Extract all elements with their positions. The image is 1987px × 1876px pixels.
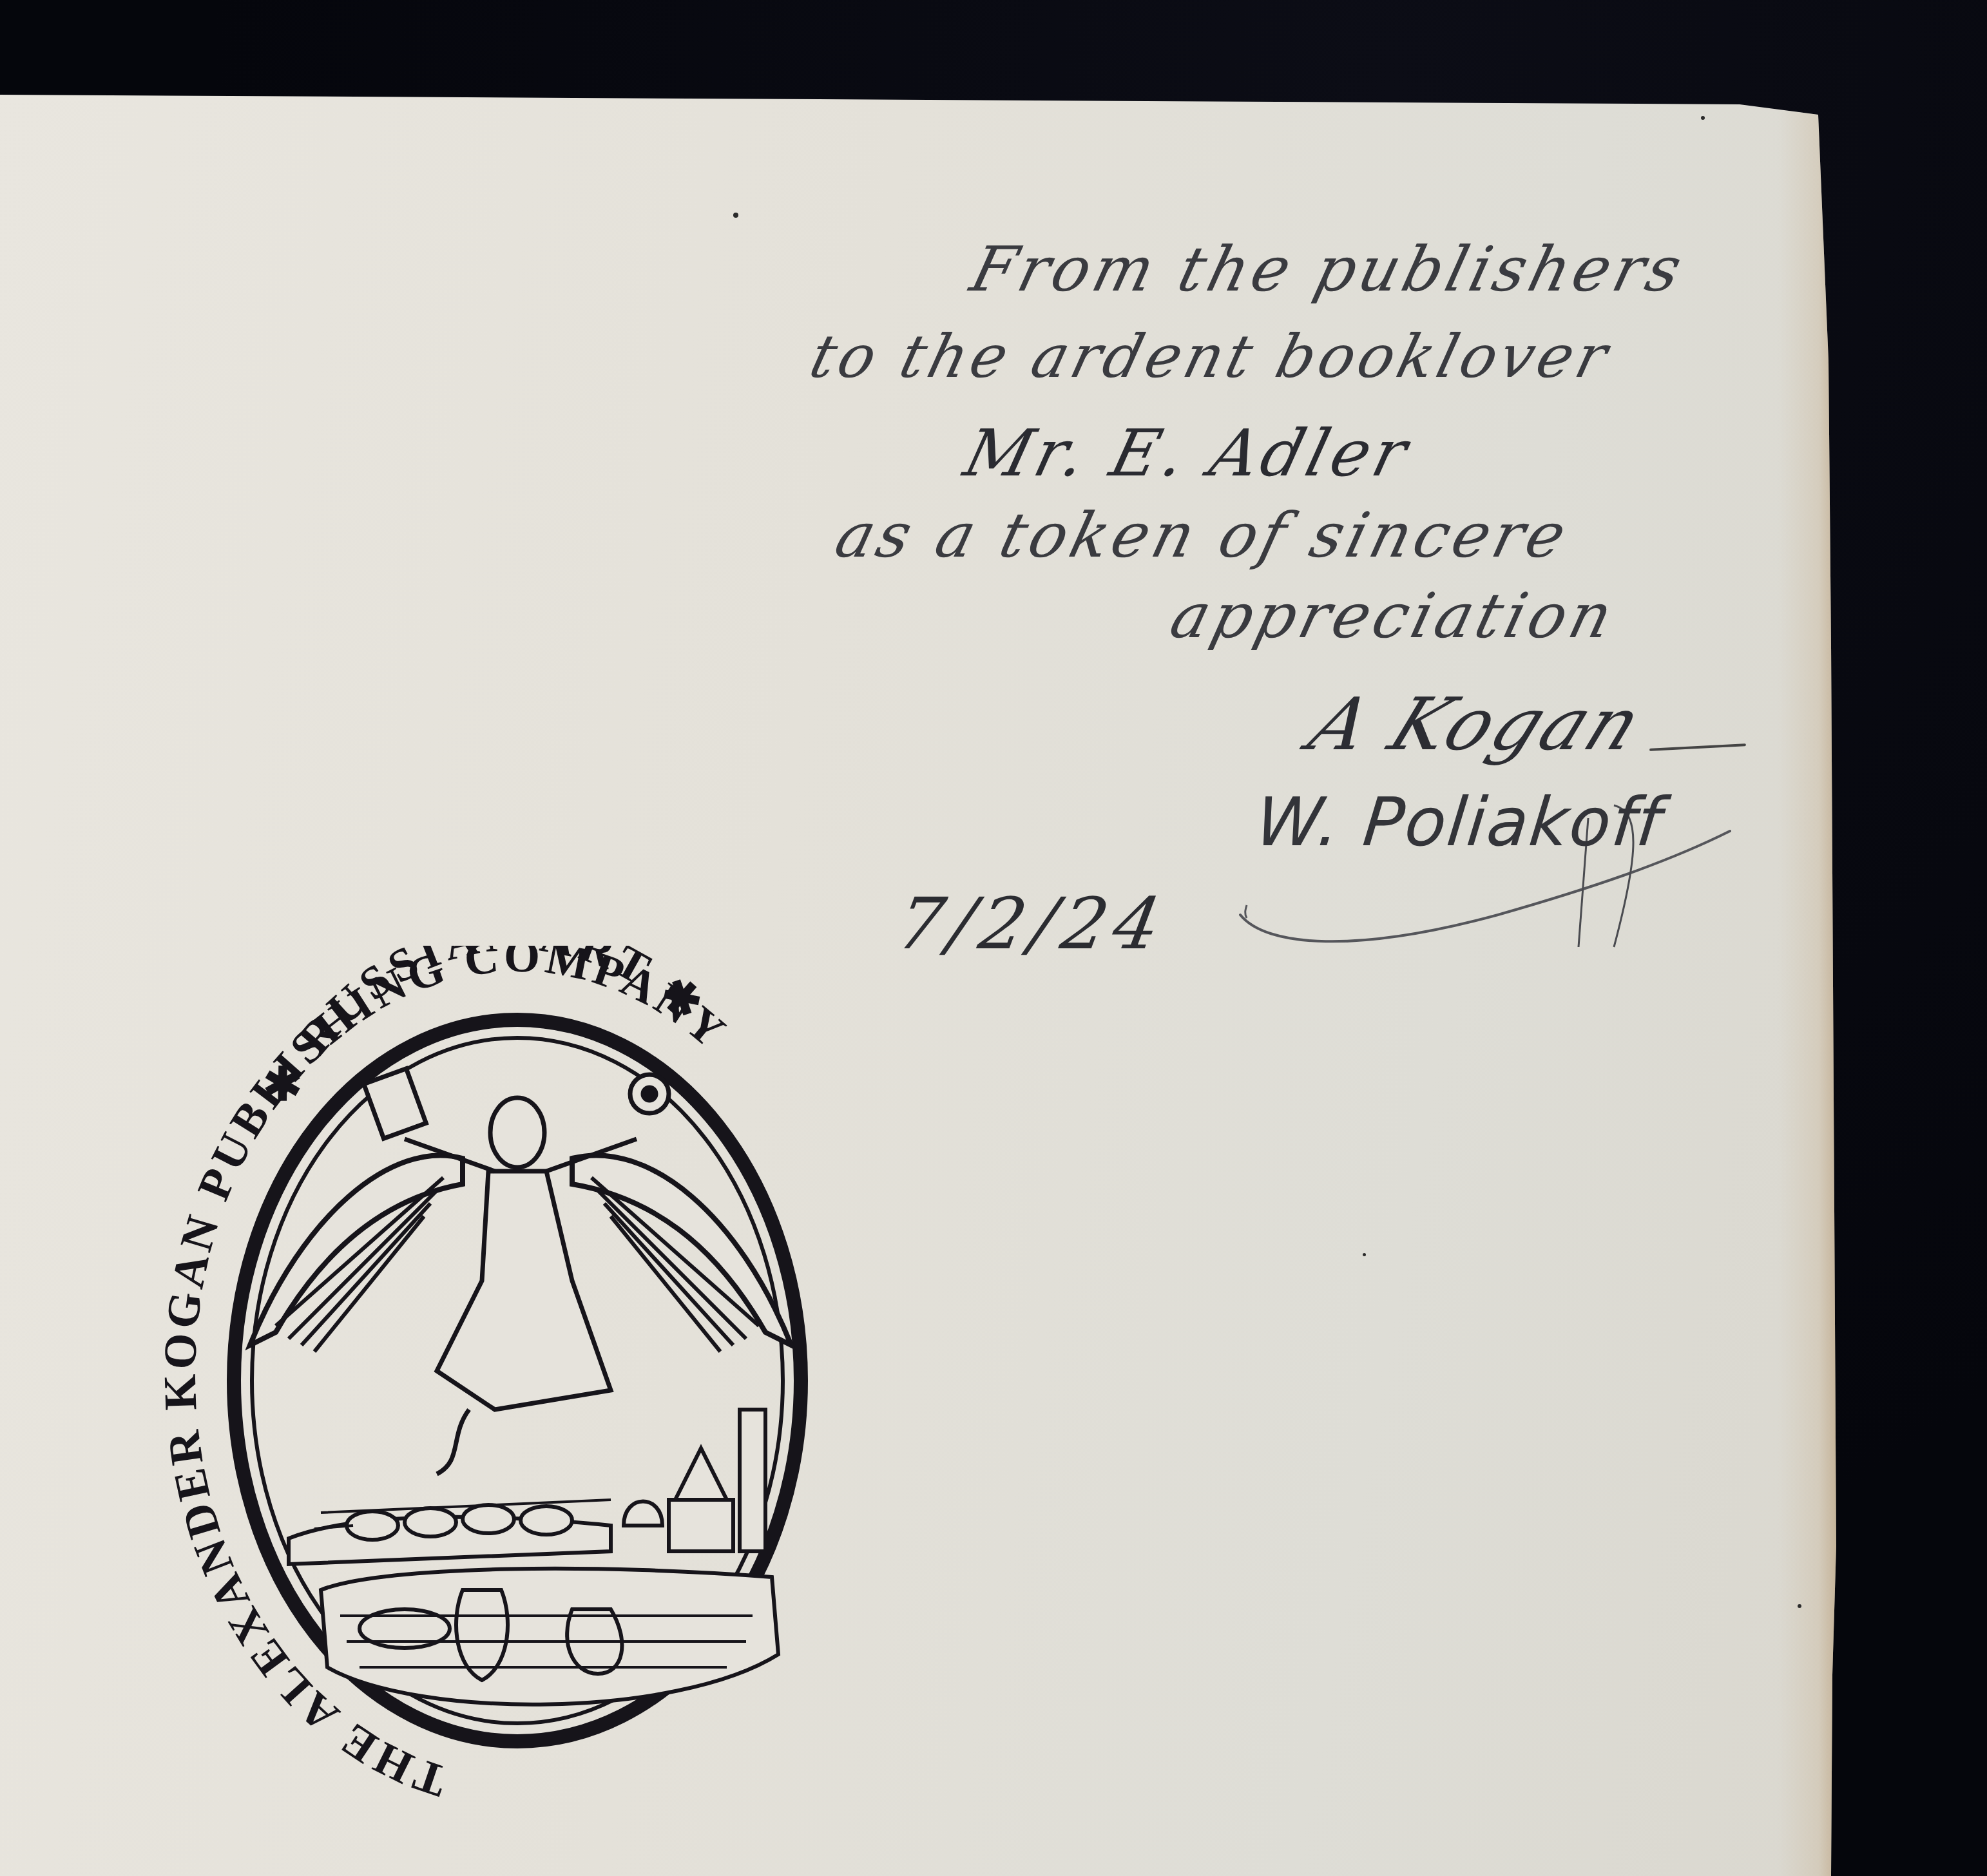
paper-speck	[1363, 1253, 1366, 1256]
inscription-line-appreciation: appreciation	[1164, 580, 1623, 652]
paper-speck	[1701, 116, 1705, 120]
publisher-emblem: THE ALEXANDER KOGAN PUBLISHING COMPANY ✱…	[160, 946, 875, 1815]
inscription-line-from-publishers: From the publishers	[964, 233, 1693, 305]
paper-speck	[1798, 1604, 1801, 1608]
inscription-recipient-name: Mr. E. Adler	[957, 416, 1418, 491]
signature-kogan: A Kogan	[1298, 683, 1656, 767]
inscription-line-to-booklover: to the ardent booklover	[803, 322, 1618, 391]
emblem-illustration-icon: THE ALEXANDER KOGAN PUBLISHING COMPANY ✱…	[160, 946, 875, 1815]
inscription-date: 7/2/24	[892, 883, 1173, 965]
inscription-line-token: as a token of sincere	[829, 499, 1577, 571]
signature-poliakoff: W. Poliakoff	[1253, 783, 1666, 861]
paper-speck	[733, 213, 738, 218]
